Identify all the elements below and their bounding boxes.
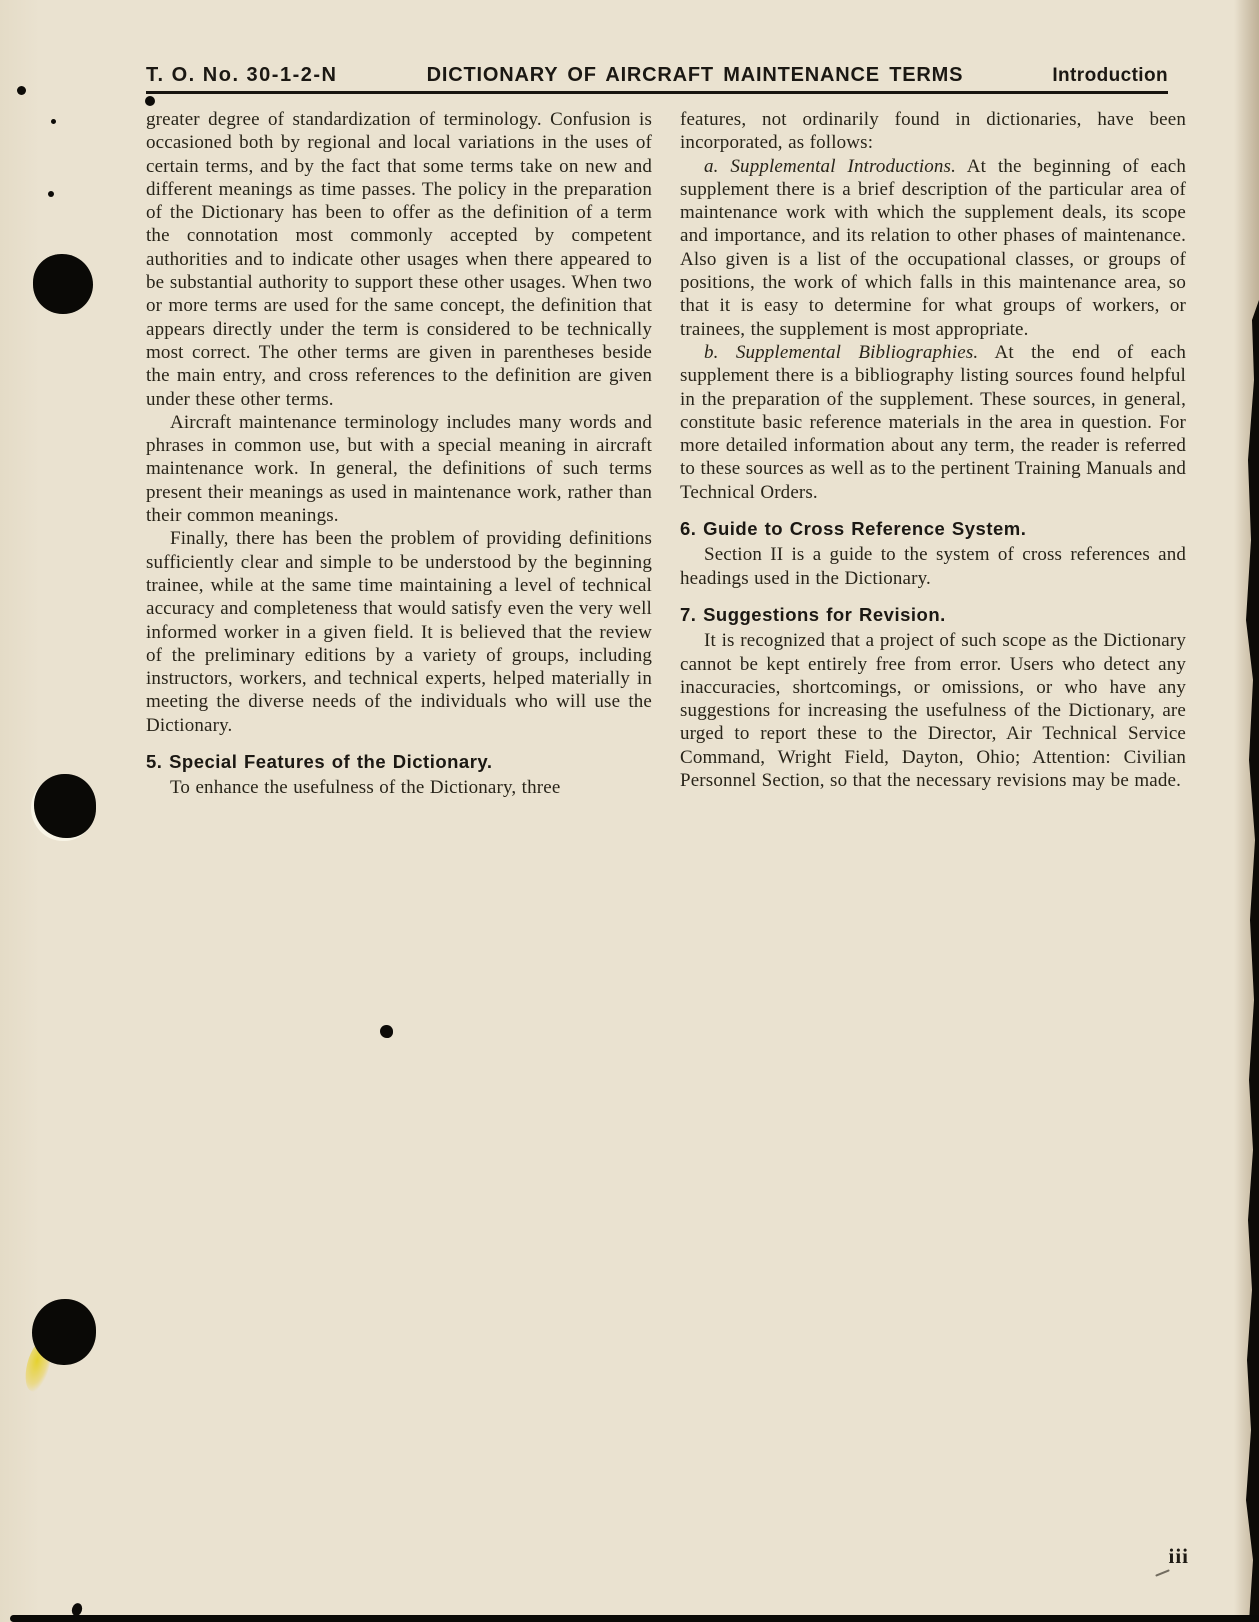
document-title: DICTIONARY OF AIRCRAFT MAINTENANCE TERMS <box>427 64 964 87</box>
section-heading: 7. Suggestions for Revision. <box>680 603 1186 626</box>
paragraph: Aircraft maintenance terminology include… <box>146 411 652 527</box>
pen-stroke <box>1155 1569 1170 1576</box>
technical-order-number: T. O. No. 30-1-2-N <box>146 64 337 87</box>
section-heading: 6. Guide to Cross Reference System. <box>680 517 1186 540</box>
paragraph: Finally, there has been the problem of p… <box>146 527 652 737</box>
italic-lead: a. Supplemental Introductions. <box>704 156 956 177</box>
hole-punch-top <box>33 254 93 314</box>
page: T. O. No. 30-1-2-N DICTIONARY OF AIRCRAF… <box>0 0 1259 1622</box>
left-column: greater degree of standardization of ter… <box>146 108 652 800</box>
ink-dot <box>380 1025 393 1038</box>
text-columns: greater degree of standardization of ter… <box>146 108 1186 800</box>
paragraph: a. Supplemental Introductions. At the be… <box>680 155 1186 341</box>
paragraph: greater degree of standardization of ter… <box>146 108 652 411</box>
ink-speck <box>48 191 54 197</box>
section-name: Introduction <box>1052 65 1168 87</box>
scan-edge-strip <box>10 1615 1259 1622</box>
paragraph: features, not ordinarily found in dictio… <box>680 108 1186 155</box>
ink-dot <box>145 96 155 106</box>
header-rule <box>146 91 1168 94</box>
page-number: iii <box>1168 1544 1189 1569</box>
scanned-document-page: { "header": { "left": "T. O. No. 30-1-2-… <box>0 0 1259 1622</box>
ink-speck <box>51 119 56 124</box>
page-header: T. O. No. 30-1-2-N DICTIONARY OF AIRCRAF… <box>146 64 1168 87</box>
hole-punch-middle <box>34 774 96 838</box>
paragraph: b. Supplemental Bibliographies. At the e… <box>680 341 1186 504</box>
paragraph: It is recognized that a project of such … <box>680 629 1186 792</box>
italic-lead: b. Supplemental Bibliographies. <box>704 342 978 363</box>
hole-punch-bottom <box>32 1299 96 1365</box>
right-column: features, not ordinarily found in dictio… <box>680 108 1186 800</box>
paragraph: To enhance the usefulness of the Diction… <box>146 776 652 799</box>
section-heading: 5. Special Features of the Dictionary. <box>146 750 652 773</box>
ink-speck <box>17 86 26 95</box>
paragraph: Section II is a guide to the system of c… <box>680 543 1186 590</box>
